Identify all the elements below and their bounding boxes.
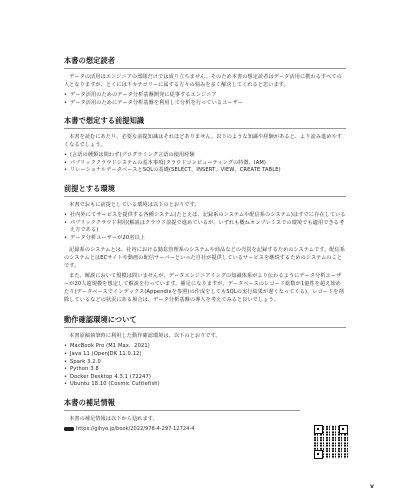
section-heading: 動作確認環境について xyxy=(64,315,346,328)
url-icon xyxy=(64,427,74,432)
list-item: Ubuntu 18.10 (Cosmic Cuttlefish) xyxy=(64,381,346,389)
support-url-link[interactable]: https://gihyo.jp/book/2022/978-4-297-127… xyxy=(76,426,194,432)
qr-finder-icon xyxy=(339,425,348,434)
section-heading: 本書で想定する前提知識 xyxy=(64,116,346,129)
section-prerequisites: 本書で想定する前提知識 本書を読むにあたり、必要な前提知識はそれほどありません。… xyxy=(64,116,346,175)
section-test-environment: 動作確認環境について 本書原稿執筆時に利用した動作確認環境は、以下のとおりです。… xyxy=(64,315,346,389)
qr-finder-icon xyxy=(314,450,323,459)
bullet-list: MacBook Pro (M1 Max、2021) Java 11 (OpenJ… xyxy=(64,343,346,389)
section-heading: 本書の想定読者 xyxy=(64,56,346,69)
bullet-list: (言語の種類は問わず)プログラミング言語の使用経験 パブリッククラウドシステムの… xyxy=(64,152,346,175)
list-item: Docker Desktop 4.3.1 (72247) xyxy=(64,374,346,382)
paragraph: また、解説において規模は問いませんが、データエンジニアリングの知識体系がより伝わ… xyxy=(64,272,346,304)
section-target-readers: 本書の想定読者 データの活用はエンジニアの部隊だけでは成り立ちません。そのため本… xyxy=(64,56,346,107)
paragraph: 本書を読むにあたり、必要な前提知識はそれほどありません。以下のような知識や経験が… xyxy=(64,133,346,149)
list-item: (言語の種類は問わず)プログラミング言語の使用経験 xyxy=(64,152,346,160)
url-row: https://gihyo.jp/book/2022/978-4-297-127… xyxy=(64,426,300,432)
section-heading: 前提とする環境 xyxy=(64,184,346,197)
document-page: 本書の想定読者 データの活用はエンジニアの部隊だけでは成り立ちません。そのため本… xyxy=(64,56,346,432)
paragraph: 記録系のシステムとは、社内における勤怠管理系のシステムや商品などの売買を記録する… xyxy=(64,246,346,270)
page-number: v xyxy=(370,483,374,490)
section-supplementary-info: 本書の補足情報 本書の補足情報は以下から辿れます。 https://gihyo.… xyxy=(64,398,300,432)
list-item: Spark 3.2.0 xyxy=(64,359,346,367)
section-environment: 前提とする環境 本書でおもに前提としている環境は以下のとおりです。 社内外にてサ… xyxy=(64,184,346,304)
list-item: パブリッククラウド利用(解説はクラウド前提で進めているが、いずれも概ねオンプレミ… xyxy=(64,220,346,235)
list-item: MacBook Pro (M1 Max、2021) xyxy=(64,343,346,351)
paragraph: 本書でおもに前提としている環境は以下のとおりです。 xyxy=(64,201,346,209)
list-item: データ分析ユーザーが20名以上 xyxy=(64,235,346,243)
qr-code-image xyxy=(314,425,348,459)
bullet-list: 社内外にてサービスを提供する各種システム(たとえば、記録系のシステムや配信系のシ… xyxy=(64,212,346,242)
list-item: 社内外にてサービスを提供する各種システム(たとえば、記録系のシステムや配信系のシ… xyxy=(64,212,346,220)
paragraph: 本書原稿執筆時に利用した動作確認環境は、以下のとおりです。 xyxy=(64,332,346,340)
paragraph: データの活用はエンジニアの部隊だけでは成り立ちません。そのため本書の想定読者はデ… xyxy=(64,73,346,89)
list-item: Java 11 (OpenJDK 11.0.12) xyxy=(64,351,346,359)
list-item: リレーショナルデータベースとSQLの基礎(SELECT、INSERT、VIEW、… xyxy=(64,167,346,175)
paragraph: 本書の補足情報は以下から辿れます。 xyxy=(64,415,300,423)
list-item: Python 3.8 xyxy=(64,366,346,374)
qr-finder-icon xyxy=(314,425,323,434)
list-item: データ活用のためにデータ分析基盤を利用して分析を行っているユーザー xyxy=(64,100,346,108)
list-item: データ活用のためのデータ分析基盤開発に従事するエンジニア xyxy=(64,92,346,100)
section-heading: 本書の補足情報 xyxy=(64,398,300,411)
bullet-list: データ活用のためのデータ分析基盤開発に従事するエンジニア データ活用のためにデー… xyxy=(64,92,346,107)
